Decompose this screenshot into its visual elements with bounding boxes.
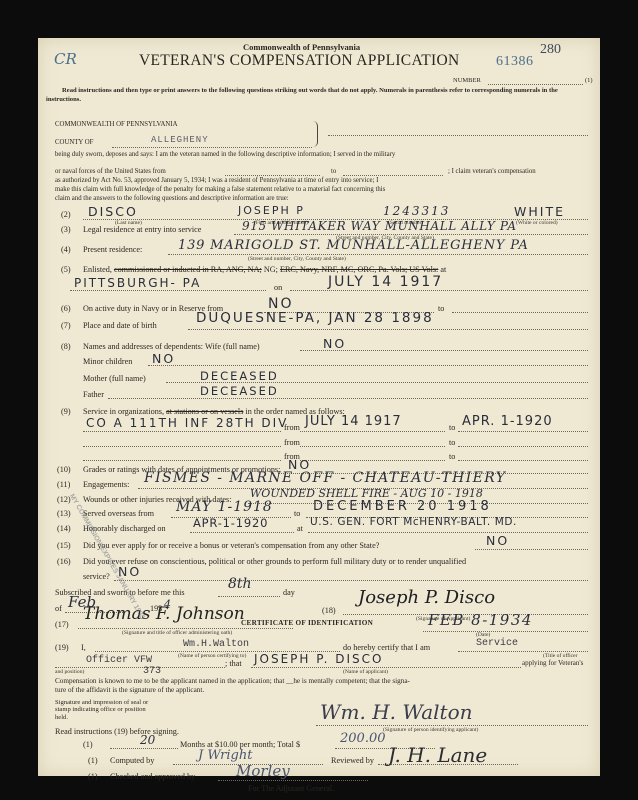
officer-caption: (Signature and title of officer administ… [122,630,232,636]
checked-number: (1) [88,772,98,781]
q5-number: (5) [61,265,71,274]
race-caption: (White or colored) [516,220,558,226]
computed-label: Computed by [110,756,154,765]
certifier-signature: Wm. H. Walton [320,700,473,724]
q19-number: (19) [55,643,69,652]
of-label: of [55,604,62,613]
q3-number: (3) [61,225,71,234]
certificate-body-1: Compensation is known to me to be the ap… [55,677,410,685]
q11-label: Engagements: [83,480,129,489]
months-value: 20 [140,733,155,747]
service-to-label: to [449,452,455,461]
computation-number: (1) [83,740,93,749]
q5-label-b: NG; [264,265,278,274]
q5-label-a: Enlisted, [83,265,112,274]
service-to: APR. 1-1920 [462,414,553,429]
certifier-signature-caption: (Signature of person identifying applica… [383,727,478,733]
q11-number: (11) [57,480,70,489]
q13-label: Served overseas from [83,509,154,518]
q9-number: (9) [61,407,71,416]
legal-residence-value: 915 WHITAKER WAY MUNHALL ALLY PA [242,219,517,233]
race-value: WHITE [514,204,565,219]
q5-struck-b: ERC, Navy, NRF, MC, ORC, Pa. Vols; US Vo… [280,265,438,274]
service-to-label: to [449,423,455,432]
adjutant-caption: For The Adjutant General. [248,784,334,793]
that-label: ; that [225,659,242,668]
seal-instructions: Signature and impression of seal or stam… [55,699,150,721]
enlist-place-value: PITTSBURGH- PA [74,276,201,290]
birth-value: DUQUESNE-PA, JAN 28 1898 [196,310,434,326]
q4-caption: (Street and number, City, County and Sta… [248,256,346,262]
number-label: NUMBER [453,77,481,84]
q4-label: Present residence: [83,245,142,254]
read-instructions-note: Read instructions (19) before signing. [55,727,179,736]
checked-by-value: Morley [236,762,290,780]
overseas-to-value: DECEMBER 20 1918 [313,499,492,514]
service-from: JULY 14 1917 [305,414,402,429]
venue-brace [313,121,318,147]
oath-line-4: make this claim with full knowledge of t… [55,186,385,193]
last-name-value: DISCO [88,204,138,219]
father-label: Father [83,390,104,399]
checked-label: Checked and approved by [110,772,195,781]
county-label: COUNTY OF [55,139,93,146]
service-org: CO A 111TH INF 28TH DIV [86,416,288,430]
service-from-label: from [284,438,300,447]
q9-struck: at stations or on vessels [166,407,243,416]
state-heading: Commonwealth of Pennsylvania [243,42,360,52]
discharge-place-value: U.S. GEN. FORT McHENRY-BALT. MD. [310,516,517,528]
application-form: CR Commonwealth of Pennsylvania VETERAN'… [38,38,600,776]
instructions: Read instructions and then type or print… [46,87,590,104]
certificate-body-2: ture of the affidavit is the signature o… [55,686,204,694]
title-caption-2: and position) [55,669,84,675]
county-value: ALLEGHENY [151,135,209,145]
first-middle-value: JOSEPH P [238,204,305,217]
q5-label: Enlisted, commissioned or inducted in RA… [83,265,446,274]
q5-on-label: on [274,283,282,292]
q13-number: (13) [57,509,71,518]
oath-line-2b: to [331,168,336,175]
sworn-day-value: 8th [228,576,252,592]
enlist-date-value: JULY 14 1917 [328,274,443,290]
q15-number: (15) [57,541,71,550]
number-ref: (1) [585,77,593,84]
mother-value: DECEASED [200,369,279,383]
mother-label: Mother (full name) [83,374,146,383]
q14-at-label: at [297,524,303,533]
q8-label: Names and addresses of dependents: Wife … [83,342,260,351]
q17-number: (17) [55,620,69,629]
oath-line-5: claim and the answers to the following q… [55,195,289,202]
father-value: DECEASED [200,384,279,398]
i-label: I, [81,643,86,652]
wife-value: NO [323,336,346,351]
children-value: NO [152,351,175,366]
reviewed-by-value: J. H. Lane [388,743,487,767]
oath-line-2a: or naval forces of the United States fro… [55,168,166,175]
number-stamp: 61386 [496,54,534,70]
computed-number: (1) [88,756,98,765]
q7-number: (7) [61,321,71,330]
q5-struck-a: commissioned or inducted in RA, ANG, NA; [114,265,262,274]
q6-to-label: to [438,304,444,313]
discharge-date-value: APR-1-1920 [193,516,268,530]
number-stamp-top: 280 [540,42,561,58]
children-label: Minor children [83,357,132,366]
q16-number: (16) [57,557,71,566]
reviewed-label: Reviewed by [331,756,374,765]
certified-applicant-value: JOSEPH P. DISCO [254,652,383,666]
q10-number: (10) [57,465,71,474]
certify-text: do hereby certify that I am [343,643,430,652]
q9-label-a: Service in organizations, [83,407,164,416]
officer-signature: Thomas F. Johnson [83,604,245,624]
q15-label: Did you ever apply for or receive a bonu… [83,541,379,550]
certified-applicant-caption: (Name of applicant) [343,669,388,675]
q5-label-c: at [440,265,446,274]
day-label: day [283,588,295,597]
q8-number: (8) [61,342,71,351]
applying-text: applying for Veteran's [522,659,583,667]
serial-value: 1243313 [383,204,450,218]
computed-by-value: J Wright [198,748,252,763]
q7-label: Place and date of birth [83,321,157,330]
overseas-from-value: MAY 1-1918 [176,499,273,515]
post-number-value: 373 [143,666,161,677]
service-to-label: to [449,438,455,447]
certifier-title-value-2: Officer VFW [86,655,152,666]
form-title: VETERAN'S COMPENSATION APPLICATION [139,52,459,70]
applicant-signature: Joseph P. Disco [358,587,495,608]
certifier-title-value-1: Service [476,638,518,649]
engagements-value: FISMES - MARNE OFF - CHATEAU-THIERY [144,470,506,486]
oath-line-1: being duly sworn, deposes and says: I am… [55,151,395,158]
q18-number: (18) [322,606,336,615]
total-value: 200.00 [340,731,386,746]
q4-number: (4) [61,245,71,254]
other-state-value: NO [486,533,509,548]
q14-number: (14) [57,524,71,533]
q3-label: Legal residence at entry into service [83,225,201,234]
q6-number: (6) [61,304,71,313]
q13-to-label: to [294,509,300,518]
corner-mark: CR [54,50,77,68]
oath-line-3: as authorized by Act No. 53, approved Ja… [55,177,378,184]
present-residence-value: 139 MARIGOLD ST. MUNHALL-ALLEGHENY PA [178,238,529,253]
q16-label-2: service? [83,572,110,581]
certifier-value: Wm.H.Walton [183,639,249,650]
certificate-title: CERTIFICATE OF IDENTIFICATION [241,619,373,627]
certificate-date-value: FEB 8-1934 [428,611,533,629]
oath-line-2c: ; I claim veteran's compensation [448,168,536,175]
commonwealth-label: COMMONWEALTH OF PENNSYLVANIA [55,121,177,128]
q2-number: (2) [61,210,71,219]
service-from-label: from [284,423,300,432]
